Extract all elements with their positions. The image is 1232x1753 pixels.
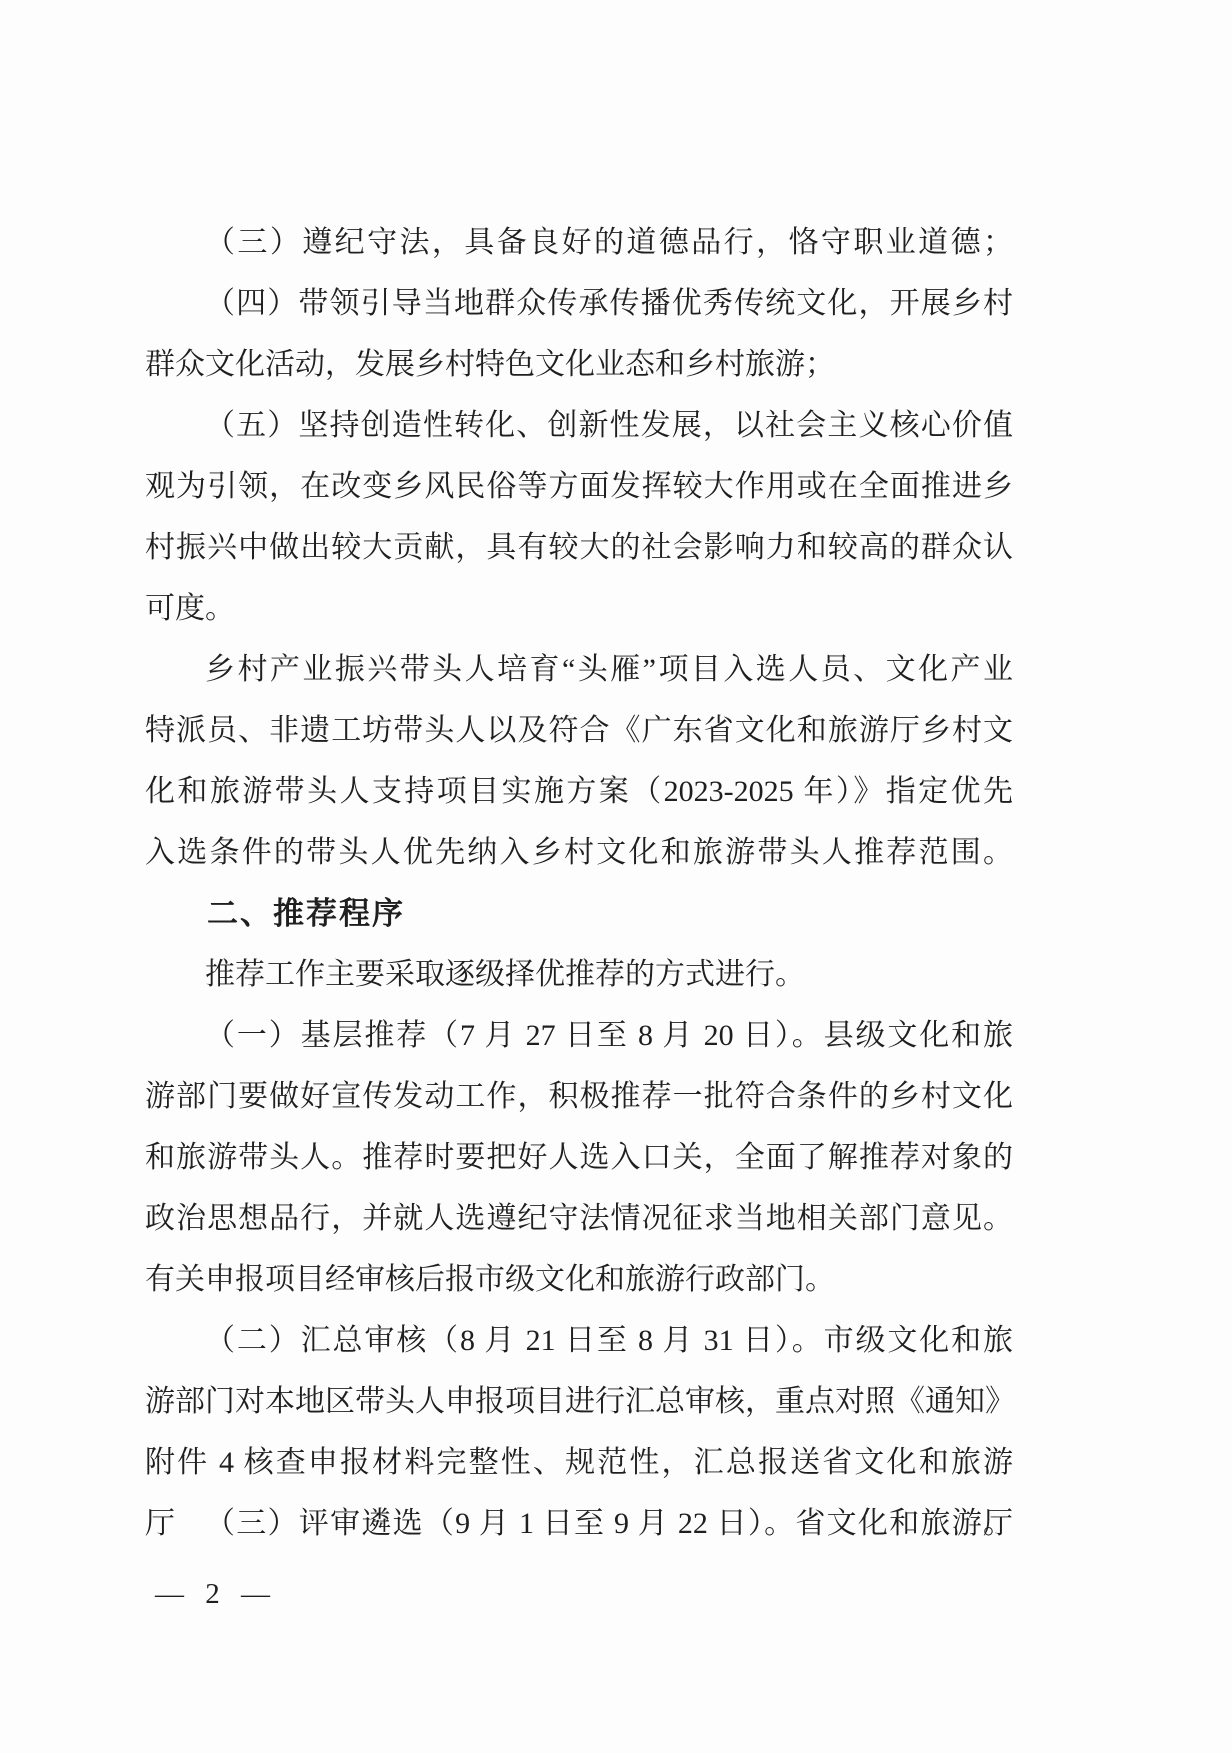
text-line: 特派员、非遗工坊带头人以及符合《广东省文化和旅游厅乡村文 xyxy=(145,700,1013,761)
text-line: （一）基层推荐（7 月 27 日至 8 月 20 日）。县级文化和旅 xyxy=(145,1005,1013,1066)
text-line: 可度。 xyxy=(145,578,1013,639)
text-line: 化和旅游带头人支持项目实施方案（2023-2025 年）》指定优先 xyxy=(145,761,1013,822)
text-line: 游部门对本地区带头人申报项目进行汇总审核，重点对照《通知》 xyxy=(145,1371,1013,1432)
text-line: （三）评审遴选（9 月 1 日至 9 月 22 日）。省文化和旅游厅 xyxy=(145,1493,1013,1554)
text-line: 村振兴中做出较大贡献，具有较大的社会影响力和较高的群众认 xyxy=(145,517,1013,578)
text-line: （二）汇总审核（8 月 21 日至 8 月 31 日）。市级文化和旅 xyxy=(145,1310,1013,1371)
text-line: 和旅游带头人。推荐时要把好人选入口关，全面了解推荐对象的 xyxy=(145,1127,1013,1188)
text-line: 观为引领，在改变乡风民俗等方面发挥较大作用或在全面推进乡 xyxy=(145,456,1013,517)
text-line: 游部门要做好宣传发动工作，积极推荐一批符合条件的乡村文化 xyxy=(145,1066,1013,1127)
text-line: 推荐工作主要采取逐级择优推荐的方式进行。 xyxy=(145,944,1013,1005)
text-line: 群众文化活动，发展乡村特色文化业态和乡村旅游； xyxy=(145,334,1013,395)
page-number: — 2 — xyxy=(155,1578,277,1611)
document-page: （三）遵纪守法，具备良好的道德品行，恪守职业道德；（四）带领引导当地群众传承传播… xyxy=(0,0,1232,1753)
text-line: 乡村产业振兴带头人培育“头雁”项目入选人员、文化产业 xyxy=(145,639,1013,700)
section-heading: 二、推荐程序 xyxy=(145,883,1013,944)
text-line: 附件 4 核查申报材料完整性、规范性，汇总报送省文化和旅游厅。 xyxy=(145,1432,1013,1493)
text-line: （四）带领引导当地群众传承传播优秀传统文化，开展乡村 xyxy=(145,273,1013,334)
text-line: （五）坚持创造性转化、创新性发展，以社会主义核心价值 xyxy=(145,395,1013,456)
text-line: （三）遵纪守法，具备良好的道德品行，恪守职业道德； xyxy=(145,212,1013,273)
document-body: （三）遵纪守法，具备良好的道德品行，恪守职业道德；（四）带领引导当地群众传承传播… xyxy=(145,212,1013,1554)
text-line: 入选条件的带头人优先纳入乡村文化和旅游带头人推荐范围。 xyxy=(145,822,1013,883)
text-line: 政治思想品行，并就人选遵纪守法情况征求当地相关部门意见。 xyxy=(145,1188,1013,1249)
text-line: 有关申报项目经审核后报市级文化和旅游行政部门。 xyxy=(145,1249,1013,1310)
